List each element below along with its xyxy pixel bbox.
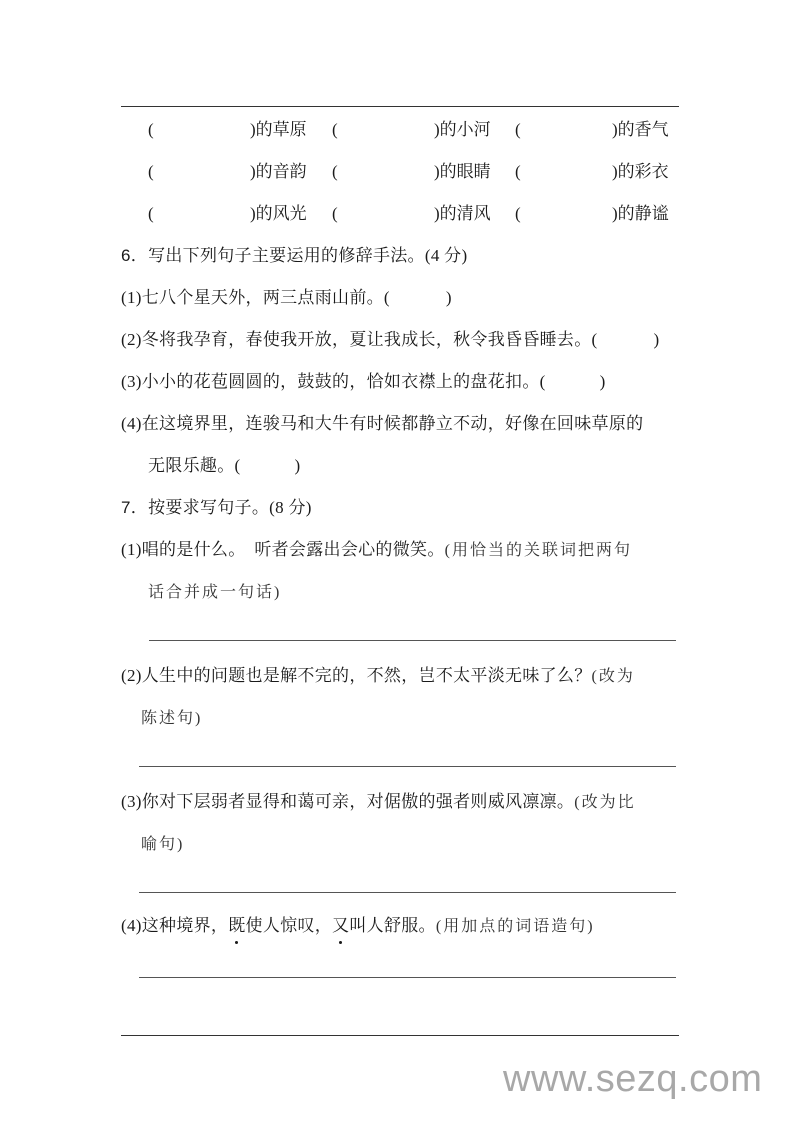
top-divider — [121, 106, 679, 107]
q7-item-3-continued: 喻句) — [141, 832, 184, 857]
q6-item-3: (3)小小的花苞圆圆的，鼓鼓的，恰如衣襟上的盘花扣。() — [121, 370, 606, 394]
q6-heading: 6．写出下列句子主要运用的修辞手法。(4 分) — [121, 244, 467, 268]
answer-line-4[interactable] — [139, 977, 676, 978]
blank-suffix: )的草原 — [250, 118, 307, 142]
blank-open-paren: ( — [148, 160, 154, 184]
blank-open-paren: ( — [148, 202, 154, 226]
blank-open-paren: ( — [332, 160, 338, 184]
q7-item-4-pre: (4)这种境界， — [121, 916, 228, 935]
q6-item-1: (1)七八个星天外，两三点雨山前。() — [121, 286, 452, 310]
q7-item-1-hint-cont: 话合并成一句话) — [148, 584, 281, 601]
fill-grid-row-1: ( )的草原 ( )的小河 ( )的香气 — [148, 118, 680, 142]
q6-item-4: (4)在这境界里，连骏马和大牛有时候都静立不动，好像在回味草原的 — [121, 412, 643, 436]
blank-open-paren: ( — [332, 118, 338, 142]
answer-line-2[interactable] — [139, 766, 676, 767]
q7-heading: 7．按要求写句子。(8 分) — [121, 496, 312, 520]
blank-open-paren: ( — [148, 118, 154, 142]
q7-item-4-mid: 使人惊叹， — [246, 916, 333, 935]
blank-suffix: )的清风 — [434, 202, 491, 226]
q6-item-4-continued: 无限乐趣。() — [148, 454, 300, 478]
q7-item-3: (3)你对下层弱者显得和蔼可亲，对倨傲的强者则威风凛凛。(改为比 — [121, 790, 636, 815]
blank-suffix: )的眼睛 — [434, 160, 491, 184]
q7-number: 7． — [121, 498, 148, 517]
blank-open-paren: ( — [515, 160, 521, 184]
blank-open-paren: ( — [515, 118, 521, 142]
blank-suffix: )的小河 — [434, 118, 491, 142]
q7-item-3-hint: (改为比 — [574, 794, 635, 811]
emphasis-dot-word-1: 既 — [228, 914, 245, 938]
q7-item-1-continued: 话合并成一句话) — [148, 580, 281, 605]
q6-item-2: (2)冬将我孕育，春使我开放，夏让我成长，秋令我昏昏睡去。() — [121, 328, 659, 352]
q7-item-3-text: (3)你对下层弱者显得和蔼可亲，对倨傲的强者则威风凛凛。 — [121, 792, 574, 811]
q6-item-4-cont-text: 无限乐趣。( — [148, 456, 240, 475]
q6-item-3-text: (3)小小的花苞圆圆的，鼓鼓的，恰如衣襟上的盘花扣。( — [121, 372, 546, 391]
answer-line-1[interactable] — [149, 640, 676, 641]
q7-title: 按要求写句子。(8 分) — [148, 498, 312, 517]
q7-item-2-text: (2)人生中的问题也是解不完的，不然，岂不太平淡无味了么？ — [121, 666, 592, 685]
q7-item-3-hint-cont: 喻句) — [141, 836, 184, 853]
q7-item-4-hint: (用加点的词语造句) — [436, 918, 595, 935]
q7-item-4: (4)这种境界，既使人惊叹，又叫人舒服。(用加点的词语造句) — [121, 914, 595, 939]
blank-suffix: )的彩衣 — [612, 160, 669, 184]
close-paren: ) — [446, 288, 452, 307]
q7-item-2: (2)人生中的问题也是解不完的，不然，岂不太平淡无味了么？(改为 — [121, 664, 635, 689]
q7-item-1-hint: (用恰当的关联词把两句 — [445, 542, 632, 559]
blank-suffix: )的香气 — [612, 118, 669, 142]
answer-line-3[interactable] — [139, 892, 676, 893]
q6-title: 写出下列句子主要运用的修辞手法。(4 分) — [148, 246, 467, 265]
close-paren: ) — [653, 330, 659, 349]
close-paren: ) — [294, 456, 300, 475]
q6-item-4-text: (4)在这境界里，连骏马和大牛有时候都静立不动，好像在回味草原的 — [121, 414, 643, 433]
watermark-text: www.sezq.com — [503, 1058, 762, 1101]
q6-number: 6． — [121, 246, 148, 265]
q6-item-1-text: (1)七八个星天外，两三点雨山前。( — [121, 288, 390, 307]
q6-item-2-text: (2)冬将我孕育，春使我开放，夏让我成长，秋令我昏昏睡去。( — [121, 330, 597, 349]
q7-item-1: (1)唱的是什么。 听者会露出会心的微笑。(用恰当的关联词把两句 — [121, 538, 632, 563]
fill-grid-row-2: ( )的音韵 ( )的眼睛 ( )的彩衣 — [148, 160, 680, 184]
blank-suffix: )的音韵 — [250, 160, 307, 184]
q7-item-2-continued: 陈述句) — [141, 706, 202, 731]
fill-grid-row-3: ( )的风光 ( )的清风 ( )的静谧 — [148, 202, 680, 226]
blank-suffix: )的风光 — [250, 202, 307, 226]
q7-item-4-post: 叫人舒服。 — [349, 916, 436, 935]
q7-item-2-hint: (改为 — [592, 668, 635, 685]
q7-item-1-text: (1)唱的是什么。 听者会露出会心的微笑。 — [121, 540, 445, 559]
blank-open-paren: ( — [515, 202, 521, 226]
bottom-divider — [121, 1035, 679, 1036]
close-paren: ) — [600, 372, 606, 391]
emphasis-dot-word-2: 又 — [332, 914, 349, 938]
blank-suffix: )的静谧 — [612, 202, 669, 226]
q7-item-2-hint-cont: 陈述句) — [141, 710, 202, 727]
blank-open-paren: ( — [332, 202, 338, 226]
